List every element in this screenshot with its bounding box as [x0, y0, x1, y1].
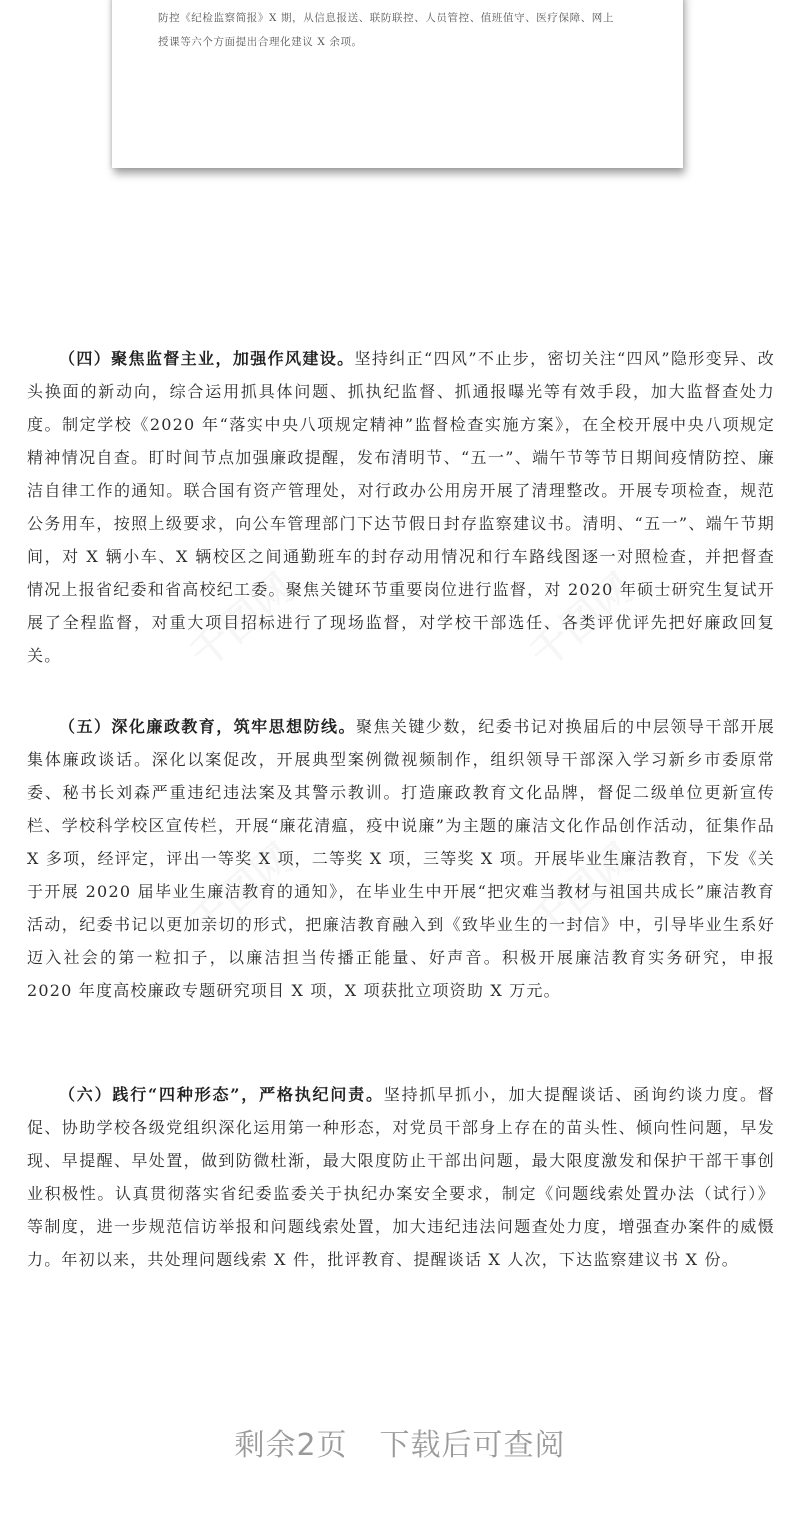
- preview-line: 授课等六个方面提出合理化建议 X 余项。: [158, 30, 658, 54]
- section-four: （四）聚焦监督主业，加强作风建设。坚持纠正“四风”不止步，密切关注“四风”隐形变…: [27, 342, 775, 672]
- section-body: 聚焦关键少数，纪委书记对换届后的中层领导干部开展集体廉政谈话。深化以案促改，开展…: [27, 717, 775, 1000]
- section-six: （六）践行“四种形态”，严格执纪问责。坚持抓早抓小，加大提醒谈话、函询约谈力度。…: [27, 1078, 775, 1276]
- section-body: 坚持纠正“四风”不止步，密切关注“四风”隐形变异、改头换面的新动向，综合运用抓具…: [27, 349, 775, 665]
- section-heading: （五）深化廉政教育，筑牢思想防线。: [59, 717, 356, 736]
- preview-text: 防控《纪检监察简报》X 期，从信息报送、联防联控、人员管控、值班值守、医疗保障、…: [158, 6, 658, 54]
- section-five: （五）深化廉政教育，筑牢思想防线。聚焦关键少数，纪委书记对换届后的中层领导干部开…: [27, 710, 775, 1007]
- preview-line: 防控《纪检监察简报》X 期，从信息报送、联防联控、人员管控、值班值守、医疗保障、…: [158, 6, 658, 30]
- remaining-pages-label: 剩余2页: [234, 1420, 347, 1464]
- download-prompt[interactable]: 剩余2页下载后可查阅: [0, 1420, 800, 1464]
- section-heading: （四）聚焦监督主业，加强作风建设。: [59, 349, 355, 368]
- section-body: 坚持抓早抓小，加大提醒谈话、函询约谈力度。督促、协助学校各级党组织深化运用第一种…: [27, 1085, 775, 1269]
- previous-page-preview: 防控《纪检监察简报》X 期，从信息报送、联防联控、人员管控、值班值守、医疗保障、…: [112, 0, 683, 168]
- section-heading: （六）践行“四种形态”，严格执纪问责。: [59, 1085, 384, 1104]
- download-hint-label: 下载后可查阅: [380, 1420, 566, 1464]
